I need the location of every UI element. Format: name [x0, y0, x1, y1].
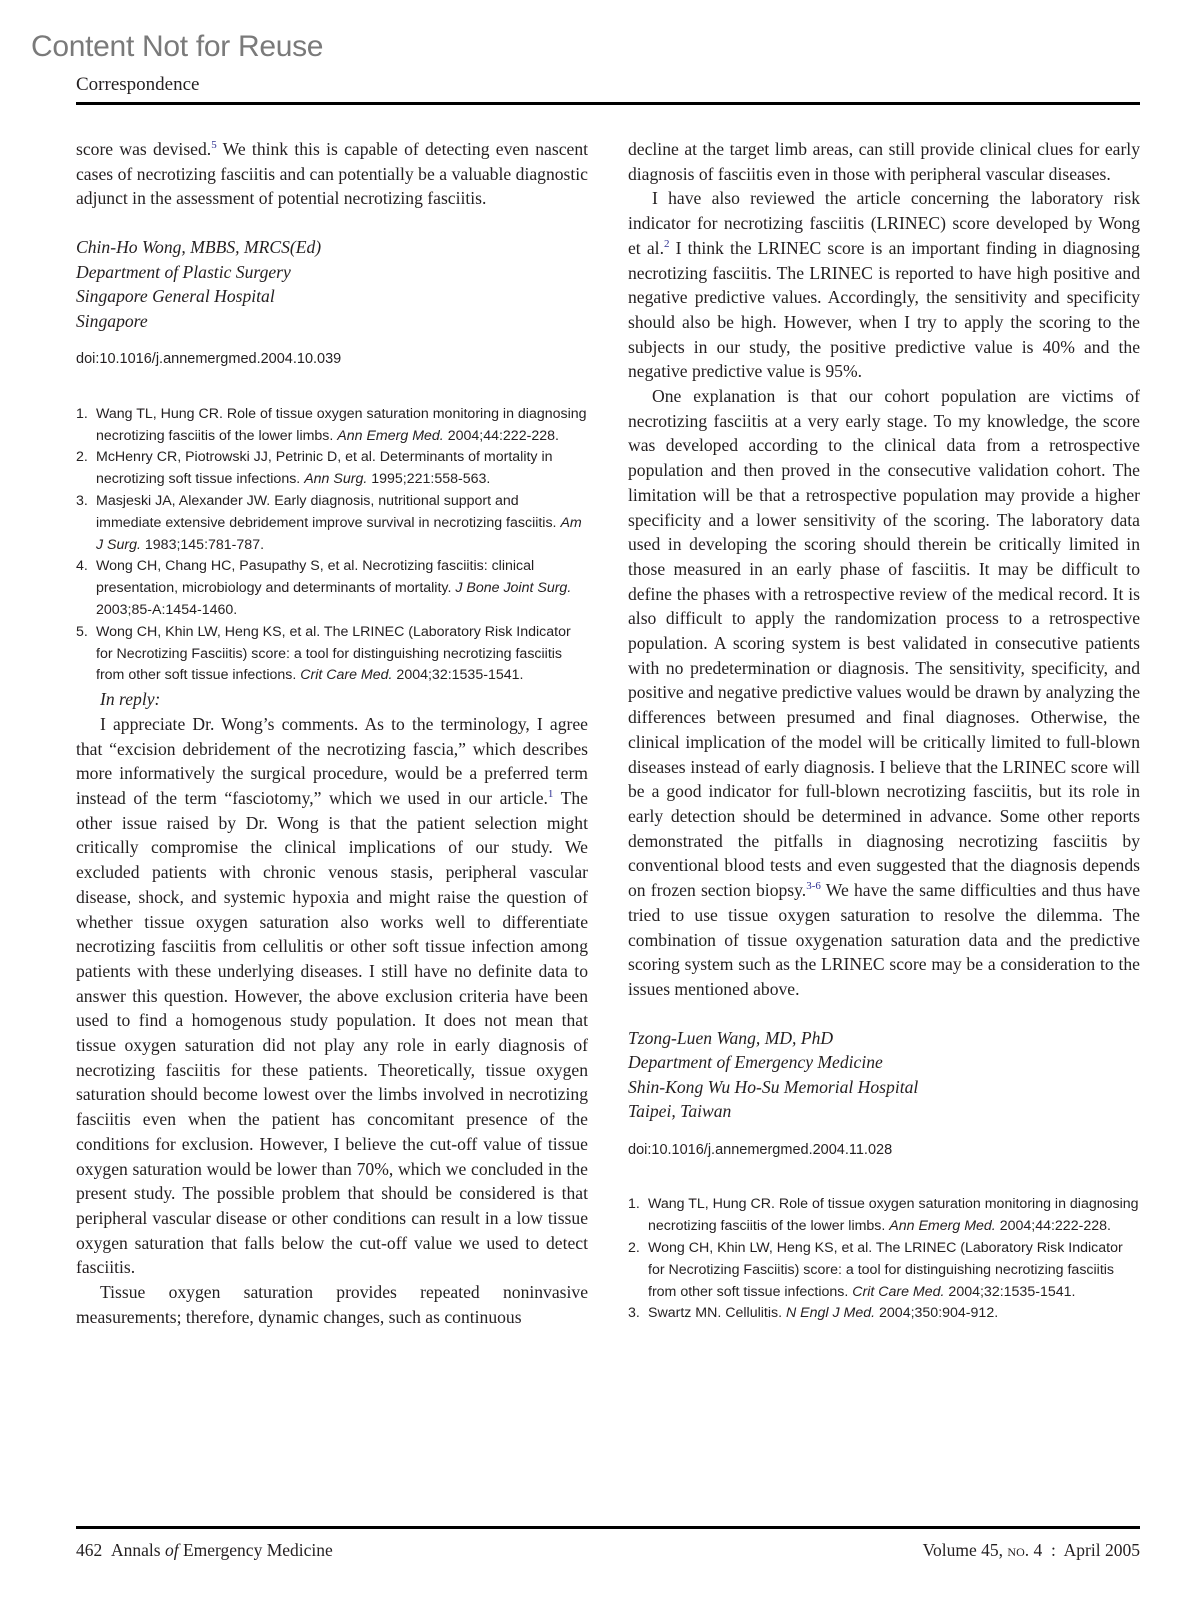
page-number: 462 — [76, 1540, 102, 1560]
opening-paragraph: score was devised.5 We think this is cap… — [76, 137, 588, 211]
reference-item: 2.McHenry CR, Piotrowski JJ, Petrinic D,… — [76, 447, 588, 491]
reference-item: 1.Wang TL, Hung CR. Role of tissue oxyge… — [628, 1194, 1140, 1238]
reference-item: 1.Wang TL, Hung CR. Role of tissue oxyge… — [76, 404, 588, 448]
footer-rule — [76, 1526, 1140, 1529]
watermark: Content Not for Reuse — [31, 30, 323, 64]
author-name: Chin-Ho Wong, MBBS, MRCS(Ed) — [76, 235, 588, 260]
author-department: Department of Emergency Medicine — [628, 1050, 1140, 1075]
doi-link[interactable]: doi:10.1016/j.annemergmed.2004.11.028 — [628, 1138, 1140, 1163]
reply-paragraph: I appreciate Dr. Wong’s comments. As to … — [76, 712, 588, 1280]
left-column: score was devised.5 We think this is cap… — [76, 137, 588, 1329]
author-department: Department of Plastic Surgery — [76, 260, 588, 285]
continued-paragraph: decline at the target limb areas, can st… — [628, 137, 1140, 186]
doi-link[interactable]: doi:10.1016/j.annemergmed.2004.10.039 — [76, 347, 588, 372]
reference-item: 4.Wong CH, Chang HC, Pasupathy S, et al.… — [76, 556, 588, 621]
reply-paragraph: One explanation is that our cohort popul… — [628, 384, 1140, 1002]
author-location: Taipei, Taiwan — [628, 1099, 1140, 1124]
in-reply-heading: In reply: — [76, 687, 588, 712]
author-institution: Singapore General Hospital — [76, 284, 588, 309]
author-signature: Tzong-Luen Wang, MD, PhD Department of E… — [628, 1026, 1140, 1124]
reference-item: 3.Masjeski JA, Alexander JW. Early diagn… — [76, 491, 588, 556]
reference-item: 5.Wong CH, Khin LW, Heng KS, et al. The … — [76, 622, 588, 687]
reference-list: 1.Wang TL, Hung CR. Role of tissue oxyge… — [76, 404, 588, 687]
footer-journal: 462 Annals of Emergency Medicine — [76, 1540, 333, 1561]
footer-issue: Volume 45, no. 4 : April 2005 — [923, 1540, 1140, 1561]
reference-list: 1.Wang TL, Hung CR. Role of tissue oxyge… — [628, 1194, 1140, 1325]
right-column: decline at the target limb areas, can st… — [628, 137, 1140, 1325]
reference-item: 2.Wong CH, Khin LW, Heng KS, et al. The … — [628, 1238, 1140, 1303]
citation-link[interactable]: 3-6 — [806, 880, 821, 892]
author-name: Tzong-Luen Wang, MD, PhD — [628, 1026, 1140, 1051]
author-signature: Chin-Ho Wong, MBBS, MRCS(Ed) Department … — [76, 235, 588, 333]
reference-item: 3.Swartz MN. Cellulitis. N Engl J Med. 2… — [628, 1303, 1140, 1325]
author-institution: Shin-Kong Wu Ho-Su Memorial Hospital — [628, 1075, 1140, 1100]
running-head: Correspondence — [76, 74, 199, 96]
header-rule — [76, 102, 1140, 105]
reply-paragraph: I have also reviewed the article concern… — [628, 186, 1140, 384]
author-location: Singapore — [76, 309, 588, 334]
reply-paragraph: Tissue oxygen saturation provides repeat… — [76, 1280, 588, 1329]
